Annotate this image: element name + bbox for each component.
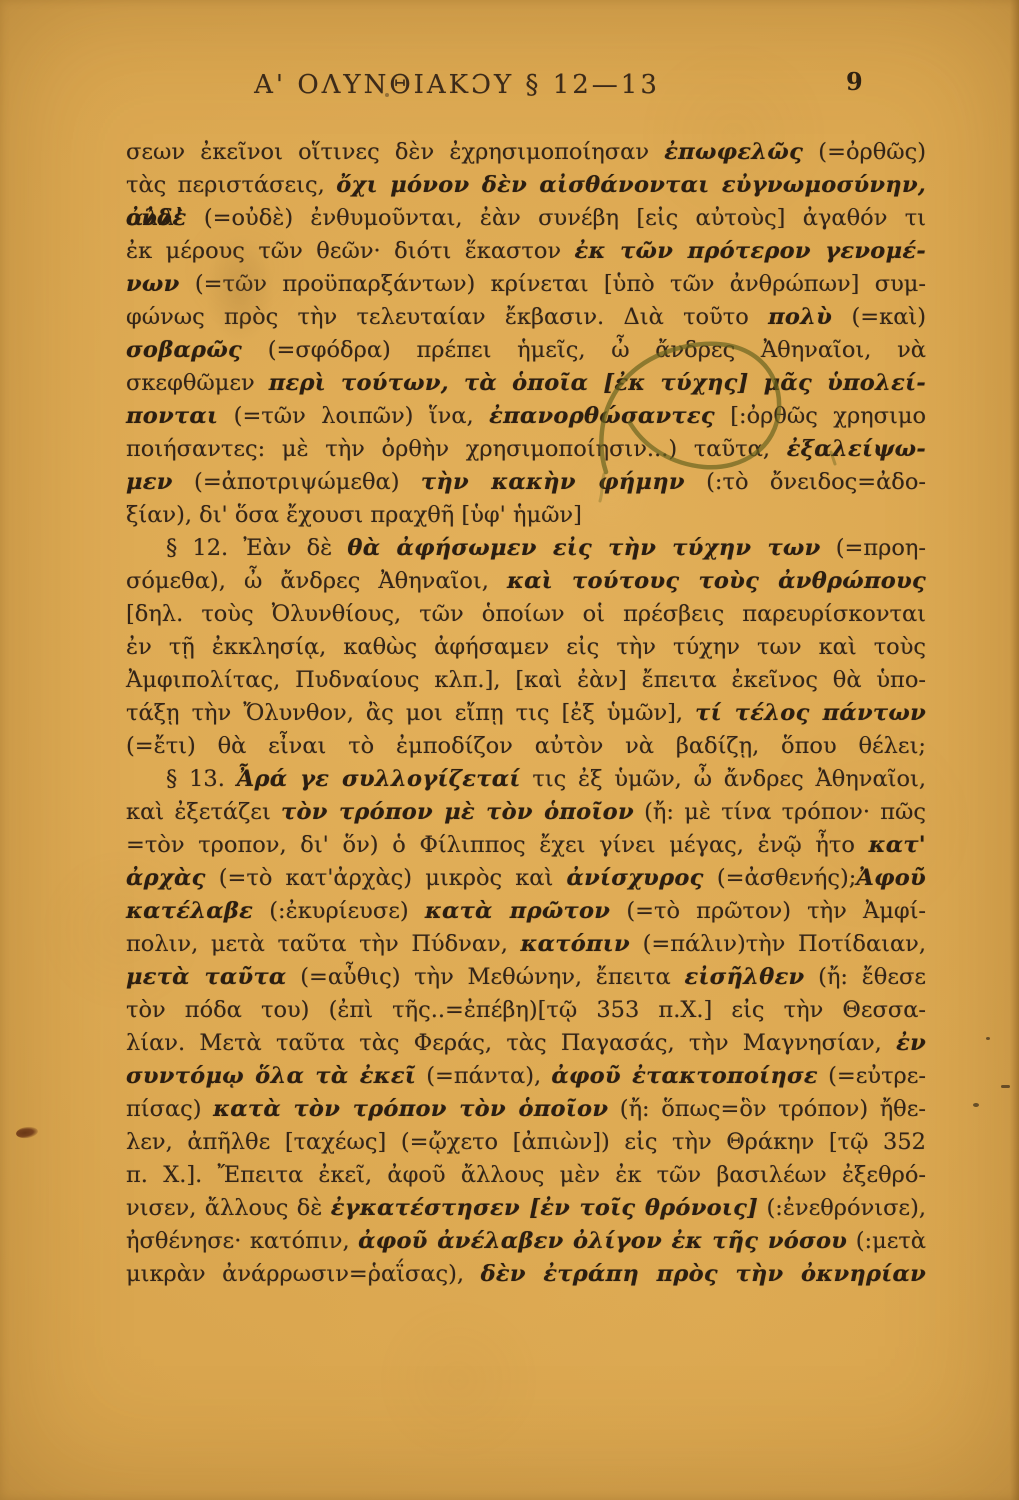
gloss-text: πίσας) — [126, 1096, 213, 1122]
text-line: σκεφθῶμεν περὶ τούτων, τὰ ὁποῖα [ἐκ τύχη… — [126, 367, 926, 400]
lemma-text: μετὰ ταῦτα — [126, 964, 287, 990]
lemma-text: οὐδὲ — [126, 205, 187, 231]
lemma-text: περὶ τούτων, τὰ ὁποῖα [ἐκ τύχης] μᾶς ὑπο… — [269, 370, 926, 396]
gloss-text: λίαν. Μετὰ ταῦτα τὰς Φεράς, τὰς Παγασάς,… — [126, 1030, 896, 1056]
gloss-text: § 12. Ἐὰν δὲ — [166, 535, 347, 561]
paper-speck — [973, 1103, 979, 1107]
gloss-text: [:ὀρθῶς χρησιμο — [715, 403, 926, 429]
text-line: ἀρχὰς (=τὸ κατ'ἀρχὰς) μικρὸς καὶ ἀνίσχυρ… — [126, 862, 926, 895]
ink-stain — [15, 1126, 38, 1140]
lemma-text: καὶ τούτους τοὺς ἀνθρώπους — [507, 568, 926, 594]
lemma-text: τὴν κακὴν φήμην — [421, 469, 685, 495]
text-line: σεων ἐκεῖνοι οἵτινες δὲν ἐχρησιμοποίησαν… — [126, 136, 926, 169]
lemma-text: ἐγκατέστησεν [ἐν τοῖς θρόνοις] — [331, 1195, 758, 1221]
text-line: (=ἔτι) θὰ εἶναι τὸ ἐμποδίζον αὐτὸν νὰ βα… — [126, 730, 926, 763]
running-header: Α' ΟΛΥΝΘΙΑΚƆΥ § 12—13 — [127, 70, 787, 100]
lemma-text: συντόμῳ ὅλα τὰ ἐκεῖ — [126, 1063, 416, 1089]
text-line: καὶ ἐξετάζει τὸν τρόπον μὲ τὸν ὁποῖον (ἤ… — [126, 796, 926, 829]
gloss-text: (=αὖθις) τὴν Μεθώνην, ἔπειτα — [287, 964, 685, 990]
lemma-text: πολὺ — [768, 304, 832, 330]
gloss-text: (:ἐνεθρόνισε), — [758, 1195, 926, 1221]
gloss-text: τὰς περιστάσεις, — [126, 172, 336, 198]
lemma-text: τὸν τρόπον μὲ τὸν ὁποῖον — [281, 799, 634, 825]
text-line: πίσας) κατὰ τὸν τρόπον τὸν ὁποῖον (ἤ: ὅπ… — [126, 1093, 926, 1126]
gloss-text: (ἤ: μὲ τίνα τρόπον· πῶς — [634, 799, 926, 825]
lemma-text: ἀνίσχυρος — [566, 865, 703, 891]
lemma-text: εἰσῆλθεν — [684, 964, 804, 990]
gloss-text: § 13. — [166, 766, 237, 792]
text-line: μετὰ ταῦτα (=αὖθις) τὴν Μεθώνην, ἔπειτα … — [126, 961, 926, 994]
text-line: ποιήσαντες: μὲ τὴν ὀρθὴν χρησιμοποίησιν.… — [126, 433, 926, 466]
text-line: ἐν τῇ ἐκκλησίᾳ, καθὼς ἀφήσαμεν εἰς τὴν τ… — [126, 631, 926, 664]
gloss-text: (=τῶν λοιπῶν) ἵνα, — [218, 403, 489, 429]
lemma-text: σοβαρῶς — [126, 337, 242, 363]
gloss-text: τις ἐξ ὑμῶν, ὦ ἄνδρες Ἀθηναῖοι, — [521, 766, 927, 792]
gloss-text: (=οὐδὲ) ἐνθυμοῦνται, ἐὰν συνέβη [εἰς αὐτ… — [187, 205, 926, 231]
lemma-text: Ἆρά γε συλλογίζεταί — [237, 766, 521, 792]
gloss-text: (=σφόδρα) πρέπει ἡμεῖς, ὦ ἄνδρες Ἀθηναῖο… — [242, 337, 926, 363]
gloss-text: ἐν τῇ ἐκκλησίᾳ, καθὼς ἀφήσαμεν εἰς τὴν τ… — [126, 634, 926, 660]
lemma-text: τί τέλος πάντων — [695, 700, 926, 726]
page-edge-shadow — [1010, 0, 1019, 1500]
gloss-text: ἠσθένησε· κατόπιν, — [126, 1228, 358, 1254]
text-line: λεν, ἀπῆλθε [ταχέως] (=ᾤχετο [ἀπιὼν]) εἰ… — [126, 1126, 926, 1159]
gloss-text: [δηλ. τοὺς Ὀλυνθίους, τῶν ὁποίων οἱ πρέσ… — [126, 601, 926, 627]
gloss-text: (=ἔτι) θὰ εἶναι τὸ ἐμποδίζον αὐτὸν νὰ βα… — [126, 733, 926, 759]
lemma-text: Ἀφοῦ — [856, 865, 926, 891]
text-line: πολιν, μετὰ ταῦτα τὴν Πύδναν, κατόπιν (=… — [126, 928, 926, 961]
gloss-text: τάξῃ τὴν Ὄλυνθον, ἂς μοι εἴπῃ τις [ἐξ ὑμ… — [126, 700, 695, 726]
text-line: § 12. Ἐὰν δὲ θὰ ἀφήσωμεν εἰς τὴν τύχην τ… — [126, 532, 926, 565]
gloss-text: νισεν, ἄλλους δὲ — [126, 1195, 331, 1221]
lemma-text: θὰ ἀφήσωμεν εἰς τὴν τύχην των — [347, 535, 820, 561]
lemma-text: νων — [126, 271, 180, 297]
text-line: ἠσθένησε· κατόπιν, ἀφοῦ ἀνέλαβεν ὀλίγον … — [126, 1225, 926, 1258]
text-line: τὸν πόδα του) (ἐπὶ τῆς..=ἐπέβη)[τῷ 353 π… — [126, 994, 926, 1027]
lemma-text: ἐπανορθώσαντες — [489, 403, 715, 429]
lemma-text: κατόπιν — [521, 931, 630, 957]
lemma-text: κατέλαβε — [126, 898, 253, 924]
text-line: μεν (=ἀποτριψώμεθα) τὴν κακὴν φήμην (:τὸ… — [126, 466, 926, 499]
gloss-text: (ἤ: ὅπως=ὃν τρόπον) ἤθε- — [608, 1096, 926, 1122]
gloss-text: (ἤ: ἔθεσε — [804, 964, 926, 990]
text-line: Ἀμφιπολίτας, Πυδναίους κλπ.], [καὶ ἐὰν] … — [126, 664, 926, 697]
gloss-text: (:τὸ ὄνειδος=ἀδο- — [685, 469, 926, 495]
gloss-text: (:μετὰ — [847, 1228, 926, 1254]
gloss-text: Ἀμφιπολίτας, Πυδναίους κλπ.], [καὶ ἐὰν] … — [126, 667, 926, 693]
text-line: πονται (=τῶν λοιπῶν) ἵνα, ἐπανορθώσαντες… — [126, 400, 926, 433]
book-page-scan: { "colors": { "paper": "#d9a54e", "ink":… — [0, 0, 1019, 1500]
gloss-text: ποιήσαντες: μὲ τὴν ὀρθὴν χρησιμοποίησιν.… — [126, 436, 787, 462]
gloss-text: (=τὸ κατ'ἀρχὰς) μικρὸς καὶ — [206, 865, 567, 891]
lemma-text: μεν — [126, 469, 173, 495]
gloss-text: (=ὀρθῶς) — [803, 139, 926, 165]
gloss-text: (=τὸ πρῶτον) τὴν Ἀμφί- — [610, 898, 926, 924]
text-line: § 13. Ἆρά γε συλλογίζεταί τις ἐξ ὑμῶν, ὦ… — [126, 763, 926, 796]
paper-speck — [986, 1037, 990, 1040]
text-line: τὰς περιστάσεις, ὄχι μόνον δὲν αἰσθάνοντ… — [126, 169, 926, 202]
gloss-text: μικρὰν ἀνάρρωσιν=ῥαΐσας), — [126, 1261, 481, 1287]
gloss-text: καὶ ἐξετάζει — [126, 799, 281, 825]
gloss-text: (=καὶ) — [832, 304, 926, 330]
lemma-text: κατὰ τὸν τρόπον τὸν ὁποῖον — [213, 1096, 608, 1122]
lemma-text: δὲν ἐτράπη πρὸς τὴν ὀκνηρίαν — [481, 1261, 926, 1287]
gloss-text: π. Χ.]. Ἔπειτα ἐκεῖ, ἀφοῦ ἄλλους μὲν ἐκ … — [126, 1162, 926, 1188]
lemma-text: ἀφοῦ ἐτακτοποίησε — [551, 1063, 817, 1089]
scanned-paper-page: Α' ΟΛΥΝΘΙΑΚƆΥ § 12—13 9 σεων ἐκεῖνοι οἵτ… — [0, 0, 1019, 1500]
text-line: π. Χ.]. Ἔπειτα ἐκεῖ, ἀφοῦ ἄλλους μὲν ἐκ … — [126, 1159, 926, 1192]
text-line: τάξῃ τὴν Ὄλυνθον, ἂς μοι εἴπῃ τις [ἐξ ὑμ… — [126, 697, 926, 730]
lemma-text: ἀφοῦ ἀνέλαβεν ὀλίγον ἐκ τῆς νόσου — [358, 1228, 847, 1254]
gloss-text: =τὸν τροπον, δι' ὅν) ὁ Φίλιππος ἔχει γίν… — [126, 832, 869, 858]
gloss-text: τὸν πόδα του) (ἐπὶ τῆς..=ἐπέβη)[τῷ 353 π… — [126, 997, 926, 1023]
gloss-text: πολιν, μετὰ ταῦτα τὴν Πύδναν, — [126, 931, 521, 957]
text-line: λίαν. Μετὰ ταῦτα τὰς Φεράς, τὰς Παγασάς,… — [126, 1027, 926, 1060]
lemma-text: πονται — [126, 403, 218, 429]
gloss-text: λεν, ἀπῆλθε [ταχέως] (=ᾤχετο [ἀπιὼν]) εἰ… — [126, 1129, 926, 1155]
gloss-text: (=προη- — [821, 535, 926, 561]
gloss-text: ἐκ μέρους τῶν θεῶν· διότι ἕκαστον — [126, 238, 575, 264]
gloss-text: ξίαν), δι' ὅσα ἔχουσι πραχθῆ [ὑφ' ἡμῶν] — [126, 502, 582, 528]
text-line: συντόμῳ ὅλα τὰ ἐκεῖ (=πάντα), ἀφοῦ ἐτακτ… — [126, 1060, 926, 1093]
text-line: σόμεθα), ὦ ἄνδρες Ἀθηναῖοι, καὶ τούτους … — [126, 565, 926, 598]
page-number: 9 — [846, 67, 863, 96]
lemma-text: ἐπωφελῶς — [664, 139, 803, 165]
text-line: =τὸν τροπον, δι' ὅν) ὁ Φίλιππος ἔχει γίν… — [126, 829, 926, 862]
gloss-text: σκεφθῶμεν — [126, 370, 269, 396]
text-line: μικρὰν ἀνάρρωσιν=ῥαΐσας), δὲν ἐτράπη πρὸ… — [126, 1258, 926, 1291]
gloss-text: σόμεθα), ὦ ἄνδρες Ἀθηναῖοι, — [126, 568, 507, 594]
text-line: [δηλ. τοὺς Ὀλυνθίους, τῶν ὁποίων οἱ πρέσ… — [126, 598, 926, 631]
paper-speck — [385, 93, 389, 97]
gloss-text: (:ἐκυρίευσε) — [253, 898, 425, 924]
lemma-text: ἀρχὰς — [126, 865, 206, 891]
gloss-text: (=τῶν προϋπαρξάντων) κρίνεται [ὑπὸ τῶν ἀ… — [180, 271, 926, 297]
paper-smudge — [205, 235, 275, 345]
paper-speck — [1001, 1085, 1010, 1088]
gloss-text: (=εὐτρε- — [818, 1063, 926, 1089]
text-line: οὐδὲ (=οὐδὲ) ἐνθυμοῦνται, ἐὰν συνέβη [εἰ… — [126, 202, 926, 235]
text-line: νισεν, ἄλλους δὲ ἐγκατέστησεν [ἐν τοῖς θ… — [126, 1192, 926, 1225]
lemma-text: ἐκ τῶν πρότερον γενομέ- — [575, 238, 926, 264]
text-line: κατέλαβε (:ἐκυρίευσε) κατὰ πρῶτον (=τὸ π… — [126, 895, 926, 928]
gloss-text: σεων ἐκεῖνοι οἵτινες δὲν ἐχρησιμοποίησαν — [126, 139, 664, 165]
text-line: ξίαν), δι' ὅσα ἔχουσι πραχθῆ [ὑφ' ἡμῶν] — [126, 499, 926, 532]
gloss-text: (=ἀποτριψώμεθα) — [173, 469, 421, 495]
gloss-text: (=πάντα), — [416, 1063, 551, 1089]
lemma-text: ἐξαλείψω- — [787, 436, 926, 462]
lemma-text: κατὰ πρῶτον — [425, 898, 610, 924]
lemma-text: ἐν — [896, 1030, 926, 1056]
lemma-text: κατ' — [869, 832, 926, 858]
gloss-text: (=ἀσθενής); — [704, 865, 857, 891]
gloss-text: (=πάλιν)τὴν Ποτίδαιαν, — [630, 931, 926, 957]
